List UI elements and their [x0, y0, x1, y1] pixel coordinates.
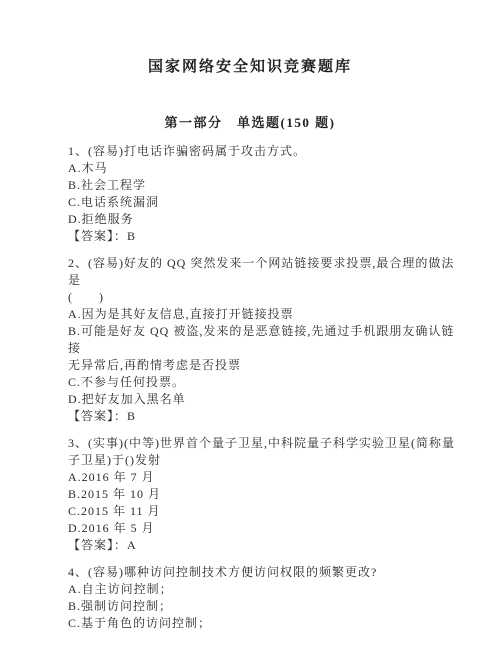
question-1-stem: 1、(容易)打电话诈骗密码属于攻击方式。 — [68, 143, 458, 160]
question-list: 1、(容易)打电话诈骗密码属于攻击方式。 A.木马 B.社会工程学 C.电话系统… — [68, 143, 458, 632]
question-2-option-d: D.把好友加入黑名单 — [68, 391, 458, 408]
question-4-option-a: A.自主访问控制； — [68, 581, 458, 598]
question-3-option-a: A.2016 年 7 月 — [68, 469, 458, 486]
section-heading: 第一部分 单选题(150 题) — [0, 114, 500, 131]
question-3: 3、(实事)(中等)世界首个量子卫星,中科院量子科学实验卫星(简称量 子卫星)于… — [68, 435, 458, 554]
question-3-option-d: D.2016 年 5 月 — [68, 520, 458, 537]
question-2-answer: 【答案】：B — [68, 408, 458, 425]
question-1: 1、(容易)打电话诈骗密码属于攻击方式。 A.木马 B.社会工程学 C.电话系统… — [68, 143, 458, 245]
question-4-option-b: B.强制访问控制； — [68, 598, 458, 615]
question-4-stem: 4、(容易)哪种访问控制技术方便访问权限的频繁更改? — [68, 564, 458, 581]
question-1-option-d: D.拒绝服务 — [68, 211, 458, 228]
question-2-option-b: B.可能是好友 QQ 被盗,发来的是恶意链接,先通过手机跟朋友确认链接 无异常后… — [68, 323, 458, 374]
question-2: 2、(容易)好友的 QQ 突然发来一个网站链接要求投票,最合理的做法是 ( ) … — [68, 255, 458, 425]
question-4-option-c: C.基于角色的访问控制； — [68, 615, 458, 632]
question-3-option-b: B.2015 年 10 月 — [68, 486, 458, 503]
question-3-answer: 【答案】：A — [68, 537, 458, 554]
question-2-stem: 2、(容易)好友的 QQ 突然发来一个网站链接要求投票,最合理的做法是 ( ) — [68, 255, 458, 306]
question-2-option-c: C.不参与任何投票。 — [68, 374, 458, 391]
document-title: 国家网络安全知识竞赛题库 — [0, 56, 500, 78]
question-3-option-c: C.2015 年 11 月 — [68, 503, 458, 520]
question-1-option-a: A.木马 — [68, 160, 458, 177]
question-1-answer: 【答案】：B — [68, 228, 458, 245]
question-2-option-a: A.因为是其好友信息,直接打开链接投票 — [68, 306, 458, 323]
question-4: 4、(容易)哪种访问控制技术方便访问权限的频繁更改? A.自主访问控制； B.强… — [68, 564, 458, 632]
question-1-option-b: B.社会工程学 — [68, 177, 458, 194]
question-1-option-c: C.电话系统漏洞 — [68, 194, 458, 211]
document-page: 国家网络安全知识竞赛题库 第一部分 单选题(150 题) 1、(容易)打电话诈骗… — [0, 0, 500, 647]
question-3-stem: 3、(实事)(中等)世界首个量子卫星,中科院量子科学实验卫星(简称量 子卫星)于… — [68, 435, 458, 469]
